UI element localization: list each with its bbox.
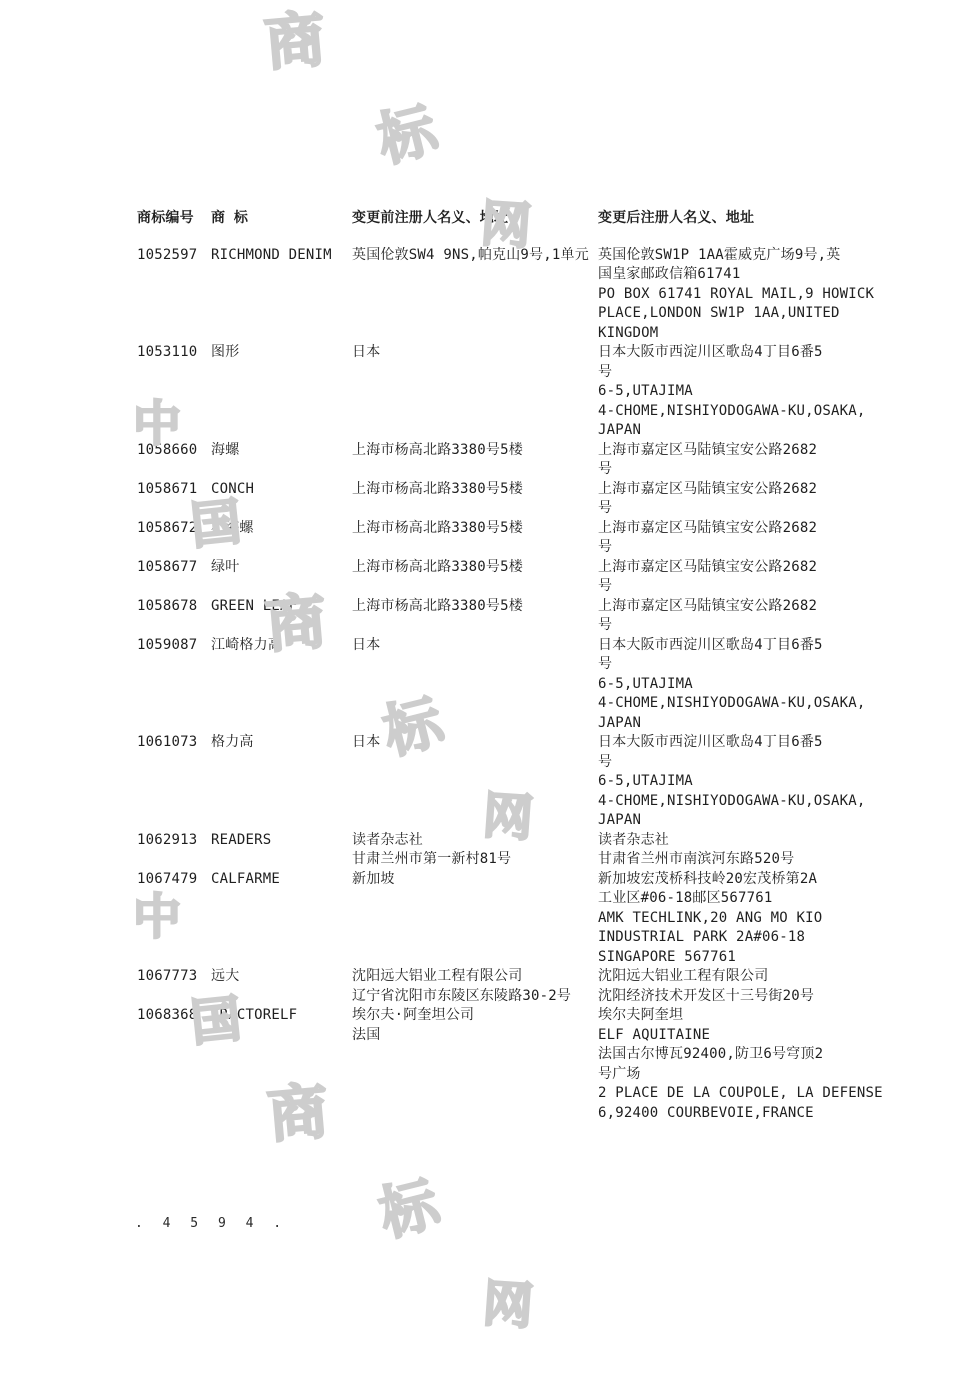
trademark-number-cell: 1058671 — [137, 480, 211, 519]
registrant-after-cell: 英国伦敦SW1P 1AA霍威克广场9号,英 国皇家邮政信箱61741 PO BO… — [598, 246, 888, 344]
registrant-before-cell: 日本 — [352, 733, 598, 831]
column-header-trademark-number: 商标编号 — [137, 209, 211, 229]
column-header-registrant-after: 变更后注册人名义、地址 — [598, 209, 888, 229]
table-row: 1067479 CALFARME 新加坡 新加坡宏茂桥科技岭20宏茂桥第2A 工… — [137, 870, 897, 968]
trademark-name-cell: 江崎格力高 — [211, 636, 352, 734]
table-row: 1058660 海螺 上海市杨高北路3380号5楼 上海市嘉定区马陆镇宝安公路2… — [137, 441, 897, 480]
registrant-after-cell: 上海市嘉定区马陆镇宝安公路2682 号 — [598, 597, 888, 636]
trademark-name-cell: 小海螺 — [211, 519, 352, 558]
table-row: 1058678 GREEN LEAF 上海市杨高北路3380号5楼 上海市嘉定区… — [137, 597, 897, 636]
column-header-registrant-before: 变更前注册人名义、地址 — [352, 209, 598, 229]
trademark-number-cell: 1067773 — [137, 967, 211, 1006]
trademark-name-cell: 海螺 — [211, 441, 352, 480]
trademark-number-cell: 1058677 — [137, 558, 211, 597]
registrant-after-cell: 上海市嘉定区马陆镇宝安公路2682 号 — [598, 480, 888, 519]
table-row: 1067773 远大 沈阳远大铝业工程有限公司 辽宁省沈阳市东陵区东陵路30-2… — [137, 967, 897, 1006]
table-row: 1061073 格力高 日本 日本大阪市西淀川区歌岛4丁目6番5 号 6-5,U… — [137, 733, 897, 831]
table-row: 1068368 TRACTORELF 埃尔夫·阿奎坦公司 法国 埃尔夫阿奎坦 E… — [137, 1006, 897, 1123]
registrant-before-cell: 埃尔夫·阿奎坦公司 法国 — [352, 1006, 598, 1123]
registrant-before-cell: 英国伦敦SW4 9NS,帕克山9号,1单元 — [352, 246, 598, 344]
registrant-after-cell: 上海市嘉定区马陆镇宝安公路2682 号 — [598, 558, 888, 597]
table-row: 1058671 CONCH 上海市杨高北路3380号5楼 上海市嘉定区马陆镇宝安… — [137, 480, 897, 519]
trademark-name-cell: 远大 — [211, 967, 352, 1006]
registrant-after-cell: 日本大阪市西淀川区歌岛4丁目6番5 号 6-5,UTAJIMA 4-CHOME,… — [598, 733, 888, 831]
registrant-before-cell: 日本 — [352, 636, 598, 734]
trademark-number-cell: 1059087 — [137, 636, 211, 734]
trademark-name-cell: RICHMOND DENIM — [211, 246, 352, 344]
table-row: 1059087 江崎格力高 日本 日本大阪市西淀川区歌岛4丁目6番5 号 6-5… — [137, 636, 897, 734]
registrant-after-cell: 日本大阪市西淀川区歌岛4丁目6番5 号 6-5,UTAJIMA 4-CHOME,… — [598, 343, 888, 441]
trademark-number-cell: 1053110 — [137, 343, 211, 441]
registrant-before-cell: 上海市杨高北路3380号5楼 — [352, 441, 598, 480]
registrant-after-cell: 新加坡宏茂桥科技岭20宏茂桥第2A 工业区#06-18邮区567761 AMK … — [598, 870, 888, 968]
trademark-number-cell: 1061073 — [137, 733, 211, 831]
registrant-after-cell: 上海市嘉定区马陆镇宝安公路2682 号 — [598, 441, 888, 480]
registrant-after-cell: 读者杂志社 甘肃省兰州市南滨河东路520号 — [598, 831, 888, 870]
trademark-number-cell: 1058672 — [137, 519, 211, 558]
registrant-after-cell: 埃尔夫阿奎坦 ELF AQUITAINE 法国古尔博瓦92400,防卫6号穹顶2… — [598, 1006, 888, 1123]
trademark-name-cell: 图形 — [211, 343, 352, 441]
trademark-name-cell: TRACTORELF — [211, 1006, 352, 1123]
table-row: 1062913 READERS 读者杂志社 甘肃兰州市第一新村81号 读者杂志社… — [137, 831, 897, 870]
registrant-after-cell: 沈阳远大铝业工程有限公司 沈阳经济技术开发区十三号街20号 — [598, 967, 888, 1006]
table-row: 1052597 RICHMOND DENIM 英国伦敦SW4 9NS,帕克山9号… — [137, 246, 897, 344]
trademark-name-cell: GREEN LEAF — [211, 597, 352, 636]
trademark-number-cell: 1062913 — [137, 831, 211, 870]
watermark-glyph: 标 — [374, 1174, 444, 1244]
trademark-number-cell: 1058678 — [137, 597, 211, 636]
table-row: 1058677 绿叶 上海市杨高北路3380号5楼 上海市嘉定区马陆镇宝安公路2… — [137, 558, 897, 597]
trademark-name-cell: 绿叶 — [211, 558, 352, 597]
trademark-number-cell: 1052597 — [137, 246, 211, 344]
registrant-after-cell: 上海市嘉定区马陆镇宝安公路2682 号 — [598, 519, 888, 558]
watermark-glyph: 商 — [262, 9, 327, 74]
registrant-after-cell: 日本大阪市西淀川区歌岛4丁目6番5 号 6-5,UTAJIMA 4-CHOME,… — [598, 636, 888, 734]
gazette-page: 商 标 网 中 国 商 标 网 中 国 商 标 网 商标编号 商 标 变更前注册… — [0, 0, 980, 1400]
watermark-glyph: 标 — [372, 100, 442, 170]
table-row: 1053110 图形 日本 日本大阪市西淀川区歌岛4丁目6番5 号 6-5,UT… — [137, 343, 897, 441]
trademark-number-cell: 1067479 — [137, 870, 211, 968]
registrant-before-cell: 读者杂志社 甘肃兰州市第一新村81号 — [352, 831, 598, 870]
watermark-glyph: 网 — [481, 1278, 534, 1331]
trademark-name-cell: CALFARME — [211, 870, 352, 968]
registrant-before-cell: 上海市杨高北路3380号5楼 — [352, 519, 598, 558]
registrant-before-cell: 沈阳远大铝业工程有限公司 辽宁省沈阳市东陵区东陵路30-2号 — [352, 967, 598, 1006]
registrant-before-cell: 上海市杨高北路3380号5楼 — [352, 597, 598, 636]
registrant-before-cell: 上海市杨高北路3380号5楼 — [352, 480, 598, 519]
table-row: 1058672 小海螺 上海市杨高北路3380号5楼 上海市嘉定区马陆镇宝安公路… — [137, 519, 897, 558]
trademark-number-cell: 1058660 — [137, 441, 211, 480]
column-header-trademark-name: 商 标 — [211, 209, 352, 229]
trademark-number-cell: 1068368 — [137, 1006, 211, 1123]
trademark-change-table: 商标编号 商 标 变更前注册人名义、地址 变更后注册人名义、地址 1052597… — [137, 209, 897, 1123]
trademark-name-cell: 格力高 — [211, 733, 352, 831]
registrant-before-cell: 新加坡 — [352, 870, 598, 968]
trademark-name-cell: CONCH — [211, 480, 352, 519]
registrant-before-cell: 上海市杨高北路3380号5楼 — [352, 558, 598, 597]
trademark-name-cell: READERS — [211, 831, 352, 870]
page-number: . 4 5 9 4 . — [135, 1216, 287, 1231]
registrant-before-cell: 日本 — [352, 343, 598, 441]
table-header-row: 商标编号 商 标 变更前注册人名义、地址 变更后注册人名义、地址 — [137, 209, 897, 229]
